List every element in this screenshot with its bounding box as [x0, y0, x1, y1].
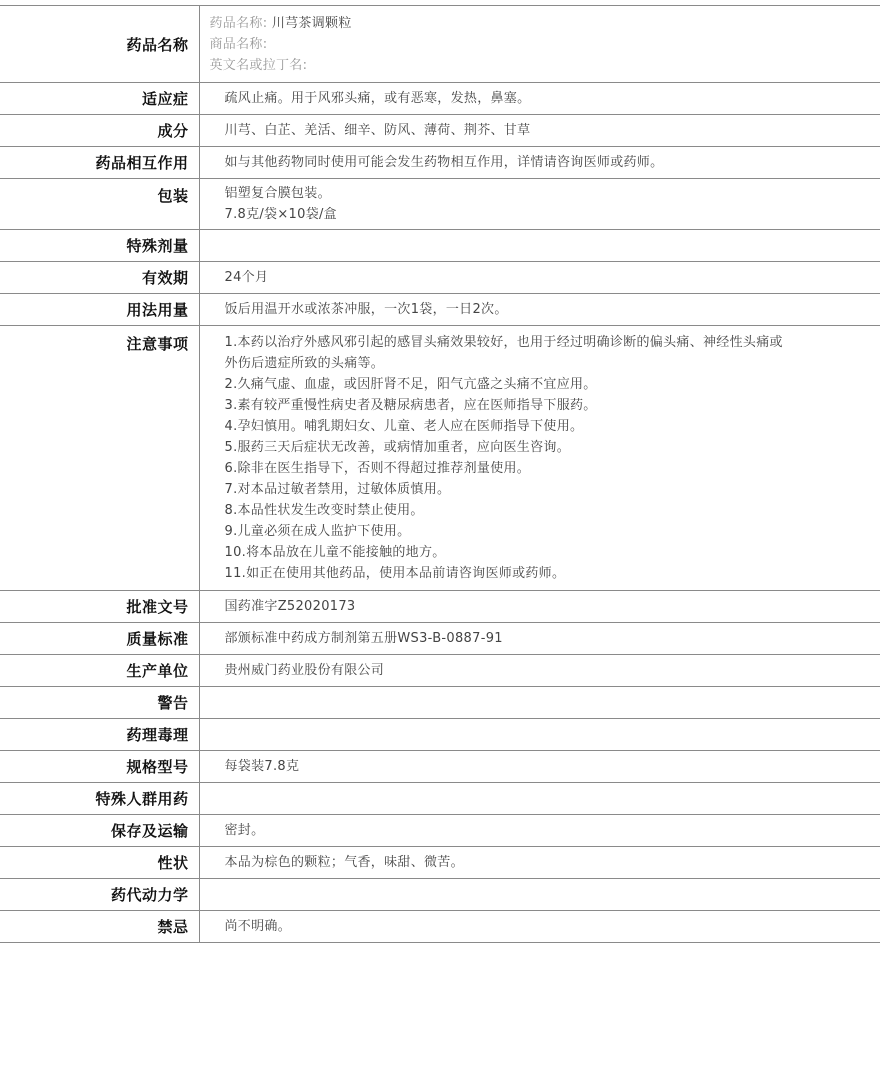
row-label: 药理毒理: [0, 719, 199, 751]
row-precautions: 注意事项 1.本药以治疗外感风邪引起的感冒头痛效果较好，也用于经过明确诊断的偏头…: [0, 326, 880, 591]
packaging-line: 铝塑复合膜包装。: [225, 183, 880, 204]
precaution-item: 2.久痛气虚、血虚，或因肝肾不足，阳气亢盛之头痛不宜应用。: [225, 374, 785, 395]
row-value: 尚不明确。: [199, 911, 880, 943]
row-drug-name: 药品名称 药品名称: 川芎茶调颗粒 商品名称: 英文名或拉丁名:: [0, 6, 880, 83]
packaging-line: 7.8克/袋×10袋/盒: [225, 204, 880, 225]
row-value: [199, 879, 880, 911]
row-warning: 警告: [0, 687, 880, 719]
row-contraindications: 禁忌 尚不明确。: [0, 911, 880, 943]
row-label: 质量标准: [0, 623, 199, 655]
row-value: 部颁标准中药成方制剂第五册WS3-B-0887-91: [199, 623, 880, 655]
row-label: 注意事项: [0, 326, 199, 591]
latin-name-line: 英文名或拉丁名:: [210, 55, 880, 76]
precaution-item: 1.本药以治疗外感风邪引起的感冒头痛效果较好，也用于经过明确诊断的偏头痛、神经性…: [225, 332, 785, 374]
precaution-item: 7.对本品过敏者禁用，过敏体质慎用。: [225, 479, 785, 500]
row-label: 成分: [0, 115, 199, 147]
precaution-item: 8.本品性状发生改变时禁止使用。: [225, 500, 785, 521]
precaution-item: 3.素有较严重慢性病史者及糖尿病患者，应在医师指导下服药。: [225, 395, 785, 416]
row-label: 规格型号: [0, 751, 199, 783]
row-indications: 适应症 疏风止痛。用于风邪头痛，或有恶寒，发热，鼻塞。: [0, 83, 880, 115]
row-label: 禁忌: [0, 911, 199, 943]
row-label: 性状: [0, 847, 199, 879]
field-key: 英文名或拉丁名:: [210, 58, 308, 73]
row-value: 本品为棕色的颗粒；气香，味甜、微苦。: [199, 847, 880, 879]
row-label: 药品相互作用: [0, 147, 199, 179]
row-approval-number: 批准文号 国药准字Z52020173: [0, 591, 880, 623]
row-value: 24个月: [199, 262, 880, 294]
row-label: 用法用量: [0, 294, 199, 326]
row-special-dosage: 特殊剂量: [0, 230, 880, 262]
row-value: 每袋装7.8克: [199, 751, 880, 783]
row-label: 药品名称: [0, 6, 199, 83]
precaution-item: 6.除非在医生指导下，否则不得超过推荐剂量使用。: [225, 458, 785, 479]
row-shelf-life: 有效期 24个月: [0, 262, 880, 294]
precaution-item: 10.将本品放在儿童不能接触的地方。: [225, 542, 785, 563]
row-value: 川芎、白芷、羌活、细辛、防风、薄荷、荆芥、甘草: [199, 115, 880, 147]
precaution-item: 11.如正在使用其他药品，使用本品前请咨询医师或药师。: [225, 563, 785, 584]
row-interactions: 药品相互作用 如与其他药物同时使用可能会发生药物相互作用，详情请咨询医师或药师。: [0, 147, 880, 179]
row-value: 如与其他药物同时使用可能会发生药物相互作用，详情请咨询医师或药师。: [199, 147, 880, 179]
precaution-item: 4.孕妇慎用。哺乳期妇女、儿童、老人应在医师指导下使用。: [225, 416, 785, 437]
row-label: 药代动力学: [0, 879, 199, 911]
row-label: 警告: [0, 687, 199, 719]
row-storage: 保存及运输 密封。: [0, 815, 880, 847]
row-value: 国药准字Z52020173: [199, 591, 880, 623]
row-label: 特殊人群用药: [0, 783, 199, 815]
row-ingredients: 成分 川芎、白芷、羌活、细辛、防风、薄荷、荆芥、甘草: [0, 115, 880, 147]
row-pharmacology: 药理毒理: [0, 719, 880, 751]
row-specification: 规格型号 每袋装7.8克: [0, 751, 880, 783]
row-special-populations: 特殊人群用药: [0, 783, 880, 815]
row-value: 1.本药以治疗外感风邪引起的感冒头痛效果较好，也用于经过明确诊断的偏头痛、神经性…: [199, 326, 880, 591]
row-value: [199, 719, 880, 751]
row-value: 药品名称: 川芎茶调颗粒 商品名称: 英文名或拉丁名:: [199, 6, 880, 83]
row-label: 有效期: [0, 262, 199, 294]
field-key: 药品名称:: [210, 16, 268, 31]
row-value: 贵州威门药业股份有限公司: [199, 655, 880, 687]
row-value: [199, 783, 880, 815]
row-label: 适应症: [0, 83, 199, 115]
generic-name-line: 药品名称: 川芎茶调颗粒: [210, 13, 880, 34]
row-dosage: 用法用量 饭后用温开水或浓茶冲服，一次1袋，一日2次。: [0, 294, 880, 326]
row-label: 批准文号: [0, 591, 199, 623]
row-packaging: 包装 铝塑复合膜包装。 7.8克/袋×10袋/盒: [0, 179, 880, 230]
row-description: 性状 本品为棕色的颗粒；气香，味甜、微苦。: [0, 847, 880, 879]
field-key: 商品名称:: [210, 37, 268, 52]
row-value: 铝塑复合膜包装。 7.8克/袋×10袋/盒: [199, 179, 880, 230]
row-value: [199, 230, 880, 262]
row-manufacturer: 生产单位 贵州威门药业股份有限公司: [0, 655, 880, 687]
trade-name-line: 商品名称:: [210, 34, 880, 55]
row-value: [199, 687, 880, 719]
drug-spec-table: 药品名称 药品名称: 川芎茶调颗粒 商品名称: 英文名或拉丁名: 适应症 疏风止…: [0, 5, 880, 943]
precaution-item: 5.服药三天后症状无改善，或病情加重者，应向医生咨询。: [225, 437, 785, 458]
row-label: 保存及运输: [0, 815, 199, 847]
precaution-item: 9.儿童必须在成人监护下使用。: [225, 521, 785, 542]
row-label: 生产单位: [0, 655, 199, 687]
row-quality-standard: 质量标准 部颁标准中药成方制剂第五册WS3-B-0887-91: [0, 623, 880, 655]
row-pharmacokinetics: 药代动力学: [0, 879, 880, 911]
row-label: 包装: [0, 179, 199, 230]
row-value: 饭后用温开水或浓茶冲服，一次1袋，一日2次。: [199, 294, 880, 326]
row-label: 特殊剂量: [0, 230, 199, 262]
row-value: 疏风止痛。用于风邪头痛，或有恶寒，发热，鼻塞。: [199, 83, 880, 115]
generic-name-value: 川芎茶调颗粒: [272, 16, 352, 31]
row-value: 密封。: [199, 815, 880, 847]
